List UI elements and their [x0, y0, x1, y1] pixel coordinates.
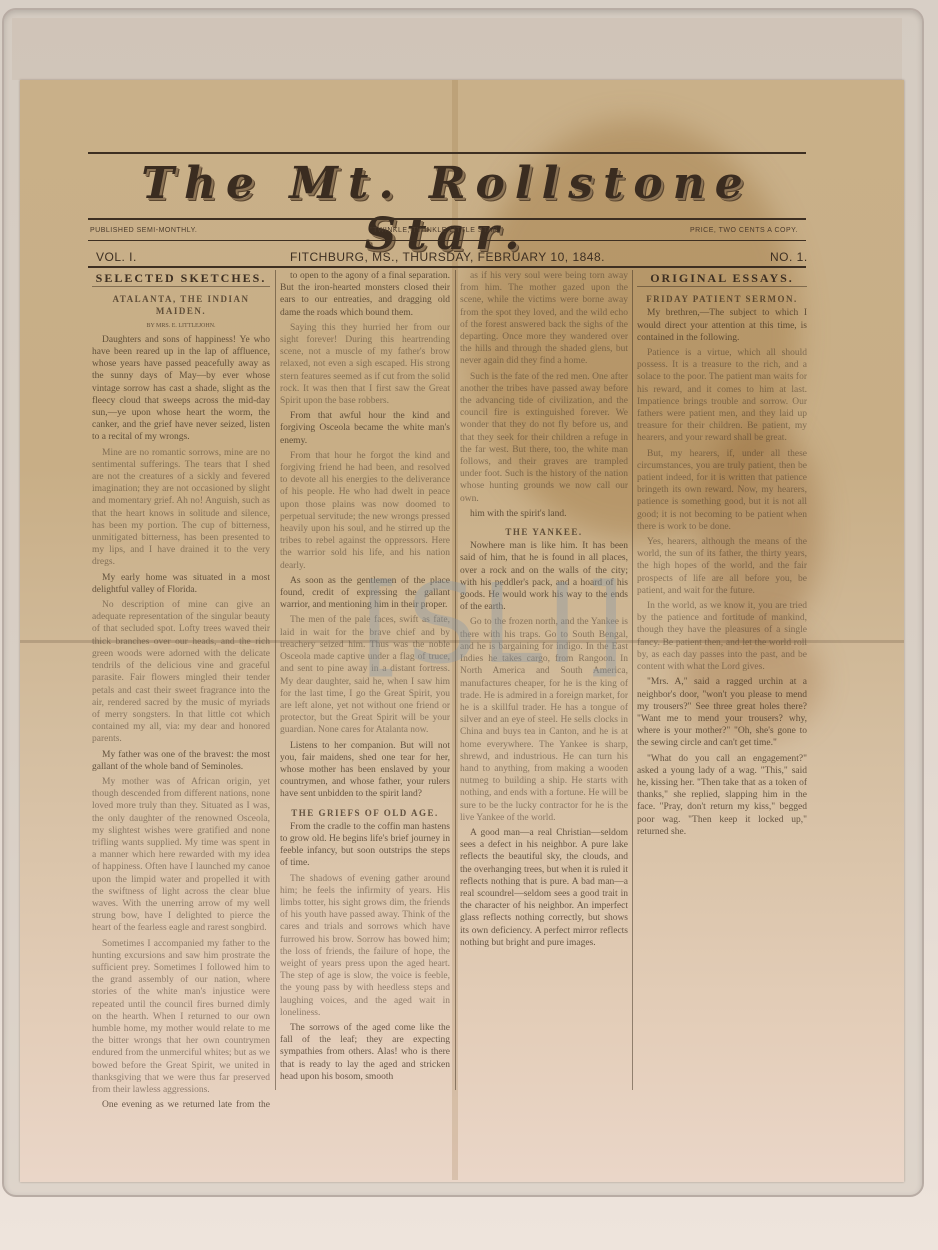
paragraph: Such is the fate of the red men. One aft… — [460, 371, 628, 505]
paragraph: The sorrows of the aged come like the fa… — [280, 1022, 450, 1083]
article-title: ATALANTA, THE INDIAN MAIDEN. — [92, 293, 270, 317]
column-1: SELECTED SKETCHES. ATALANTA, THE INDIAN … — [92, 270, 270, 1110]
article-title: THE YANKEE. — [460, 526, 628, 538]
paragraph: Mine are no romantic sorrows, mine are n… — [92, 447, 270, 569]
dateline: FITCHBURG, MS., THURSDAY, FEBRUARY 10, 1… — [290, 250, 605, 264]
paragraph: to open to the agony of a final separati… — [280, 270, 450, 319]
paragraph: One evening as we returned late from the… — [92, 1099, 270, 1110]
paragraph: My mother was of African origin, yet tho… — [92, 776, 270, 935]
paragraph: Daughters and sons of happiness! Ye who … — [92, 334, 270, 444]
paragraph: "What do you call an engagement?" asked … — [637, 753, 807, 838]
paragraph: as if his very soul were being torn away… — [460, 270, 628, 368]
dateline-rule — [88, 266, 806, 268]
watermark: [SLI] — [360, 560, 629, 688]
paragraph: Sometimes I accompanied my father to the… — [92, 938, 270, 1097]
paragraph: No description of mine can give an adequ… — [92, 599, 270, 745]
paragraph: "Mrs. A," said a ragged urchin at a neig… — [637, 676, 807, 749]
paragraph: In the world, as we know it, you are tri… — [637, 600, 807, 673]
paragraph: Patience is a virtue, which all should p… — [637, 347, 807, 445]
column-2: to open to the agony of a final separati… — [280, 270, 450, 1110]
paragraph: Saying this they hurried her from our si… — [280, 322, 450, 407]
article-title: THE GRIEFS OF OLD AGE. — [280, 807, 450, 819]
paragraph: Yes, hearers, although the means of the … — [637, 536, 807, 597]
subhead-rule — [88, 240, 806, 241]
paragraph: But, my hearers, if, under all these cir… — [637, 448, 807, 533]
paragraph: A good man—a real Christian—seldom sees … — [460, 827, 628, 949]
newspaper-title: The Mt. Rollstone Star. — [88, 158, 806, 260]
article-title: FRIDAY PATIENT SERMON. — [637, 293, 807, 305]
paragraph: My early home was situated in a most del… — [92, 572, 270, 596]
price: PRICE, TWO CENTS A COPY. — [690, 227, 798, 234]
masthead-top-rule — [88, 152, 806, 154]
issue-number: NO. 1. — [770, 250, 808, 264]
byline: BY MRS. E. LITTLEJOHN. — [92, 320, 270, 332]
section-heading: SELECTED SKETCHES. — [92, 272, 270, 287]
paragraph: The shadows of evening gather around him… — [280, 873, 450, 1019]
paragraph: From that awful hour the kind and forgiv… — [280, 410, 450, 447]
section-heading: ORIGINAL ESSAYS. — [637, 272, 807, 287]
column-divider — [275, 270, 276, 1090]
column-3: as if his very soul were being torn away… — [460, 270, 628, 1110]
paragraph: My father was one of the bravest: the mo… — [92, 749, 270, 773]
paragraph: From that hour he forgot the kind and fo… — [280, 450, 450, 572]
paragraph: My brethren,—The subject to which I woul… — [637, 307, 807, 344]
column-divider — [632, 270, 633, 1090]
volume-number: VOL. I. — [96, 250, 137, 264]
paragraph: Listens to her companion. But will not y… — [280, 740, 450, 801]
masthead-bottom-rule — [88, 218, 806, 220]
publication-frequency: PUBLISHED SEMI-MONTHLY. — [90, 227, 197, 234]
paragraph: From the cradle to the coffin man hasten… — [280, 821, 450, 870]
column-4: ORIGINAL ESSAYS. FRIDAY PATIENT SERMON. … — [637, 270, 807, 1110]
motto: "TWINKLE, TWINKLE LITTLE STAR." — [370, 227, 503, 234]
paragraph: him with the spirit's land. — [460, 508, 628, 520]
sleeve-top-edge — [12, 18, 902, 80]
